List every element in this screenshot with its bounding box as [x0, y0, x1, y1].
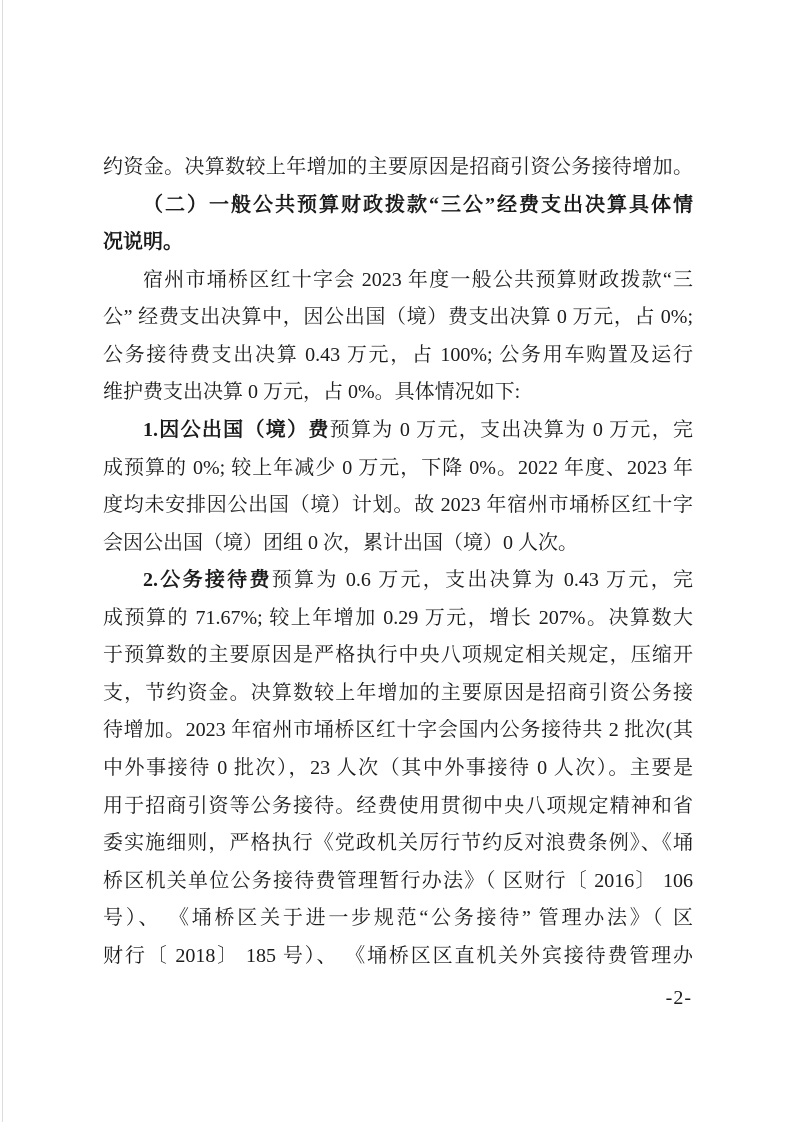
document-body: 约资金。决算数较上年增加的主要原因是招商引资公务接待增加。（二）一般公共预算财政… — [103, 149, 693, 975]
text-segment: 公务接待费支出决算 0.43 万元，占 100%; 公务用车购置及运行 — [103, 344, 693, 366]
text-line: 支，节约资金。决算数较上年增加的主要原因是招商引资公务接 — [103, 675, 693, 713]
text-segment: 桥区机关单位公务接待费管理暂行办法》（ 区财行〔 2016〕 106 — [103, 870, 693, 892]
text-segment: 号）、 《埇桥区关于进一步规范“公务接待” 管理办法》（ 区 — [103, 907, 693, 929]
text-segment: 约资金。决算数较上年增加的主要原因是招商引资公务接待增加。 — [103, 156, 693, 178]
text-line: 于预算数的主要原因是严格执行中央八项规定相关规定，压缩开 — [103, 637, 693, 675]
text-line: 财行〔 2018〕 185 号）、 《埇桥区区直机关外宾接待费管理办 — [103, 938, 693, 976]
text-line: 约资金。决算数较上年增加的主要原因是招商引资公务接待增加。 — [103, 149, 693, 187]
text-line: 中外事接待 0 批次），23 人次（其中外事接待 0 人次）。主要是 — [103, 750, 693, 788]
text-segment: 于预算数的主要原因是严格执行中央八项规定相关规定，压缩开 — [103, 644, 693, 666]
text-segment: 支，节约资金。决算数较上年增加的主要原因是招商引资公务接 — [103, 682, 693, 704]
text-segment: 公” 经费支出决算中，因公出国（境）费支出决算 0 万元，占 0%; — [103, 306, 693, 328]
text-line: 维护费支出决算 0 万元，占 0%。具体情况如下: — [103, 374, 693, 412]
text-line: 公务接待费支出决算 0.43 万元，占 100%; 公务用车购置及运行 — [103, 337, 693, 375]
text-line: 号）、 《埇桥区关于进一步规范“公务接待” 管理办法》（ 区 — [103, 900, 693, 938]
text-line: 用于招商引资等公务接待。经费使用贯彻中央八项规定精神和省 — [103, 788, 693, 826]
text-line: 成预算的 71.67%; 较上年增加 0.29 万元，增长 207%。决算数大 — [103, 600, 693, 638]
text-segment: 财行〔 2018〕 185 号）、 《埇桥区区直机关外宾接待费管理办 — [103, 945, 693, 967]
text-segment: 预算为 0 万元，支出决算为 0 万元，完 — [330, 419, 693, 441]
text-line: 会因公出国（境）团组 0 次，累计出国（境）0 人次。 — [103, 525, 693, 563]
heading-line: 况说明。 — [103, 224, 693, 262]
page-number: -2- — [666, 986, 692, 1010]
text-line: 宿州市埇桥区红十字会 2023 年度一般公共预算财政拨款“三 — [103, 262, 693, 300]
text-segment: 委实施细则，严格执行《党政机关厉行节约反对浪费条例》、《埇 — [103, 832, 693, 854]
text-line: 2.公务接待费预算为 0.6 万元，支出决算为 0.43 万元，完 — [103, 562, 693, 600]
text-line: 待增加。2023 年宿州市埇桥区红十字会国内公务接待共 2 批次(其 — [103, 712, 693, 750]
text-segment: 成预算的 71.67%; 较上年增加 0.29 万元，增长 207%。决算数大 — [103, 607, 693, 629]
text-line: 桥区机关单位公务接待费管理暂行办法》（ 区财行〔 2016〕 106 — [103, 863, 693, 901]
heading-line: （二）一般公共预算财政拨款“三公”经费支出决算具体情 — [103, 187, 693, 225]
text-line: 1.因公出国（境）费预算为 0 万元，支出决算为 0 万元，完 — [103, 412, 693, 450]
bold-text-segment: 2.公务接待费 — [143, 569, 272, 591]
text-line: 委实施细则，严格执行《党政机关厉行节约反对浪费条例》、《埇 — [103, 825, 693, 863]
scan-edge-artifact — [2, 0, 3, 1122]
text-line: 成预算的 0%; 较上年减少 0 万元，下降 0%。2022 年度、2023 年 — [103, 450, 693, 488]
bold-text-segment: （二）一般公共预算财政拨款“三公”经费支出决算具体情 — [143, 194, 693, 216]
text-segment: 成预算的 0%; 较上年减少 0 万元，下降 0%。2022 年度、2023 年 — [103, 457, 693, 479]
text-segment: 宿州市埇桥区红十字会 2023 年度一般公共预算财政拨款“三 — [143, 269, 693, 291]
bold-text-segment: 1.因公出国（境）费 — [143, 419, 330, 441]
bold-text-segment: 况说明。 — [103, 231, 183, 253]
text-segment: 会因公出国（境）团组 0 次，累计出国（境）0 人次。 — [103, 532, 578, 554]
text-line: 公” 经费支出决算中，因公出国（境）费支出决算 0 万元，占 0%; — [103, 299, 693, 337]
text-segment: 预算为 0.6 万元，支出决算为 0.43 万元，完 — [272, 569, 693, 591]
text-line: 度均未安排因公出国（境）计划。故 2023 年宿州市埇桥区红十字 — [103, 487, 693, 525]
text-segment: 用于招商引资等公务接待。经费使用贯彻中央八项规定精神和省 — [103, 795, 693, 817]
text-segment: 待增加。2023 年宿州市埇桥区红十字会国内公务接待共 2 批次(其 — [103, 719, 693, 741]
text-segment: 中外事接待 0 批次），23 人次（其中外事接待 0 人次）。主要是 — [103, 757, 693, 779]
text-segment: 维护费支出决算 0 万元，占 0%。具体情况如下: — [103, 381, 520, 403]
text-segment: 度均未安排因公出国（境）计划。故 2023 年宿州市埇桥区红十字 — [103, 494, 693, 516]
document-page: 约资金。决算数较上年增加的主要原因是招商引资公务接待增加。（二）一般公共预算财政… — [0, 0, 793, 1122]
